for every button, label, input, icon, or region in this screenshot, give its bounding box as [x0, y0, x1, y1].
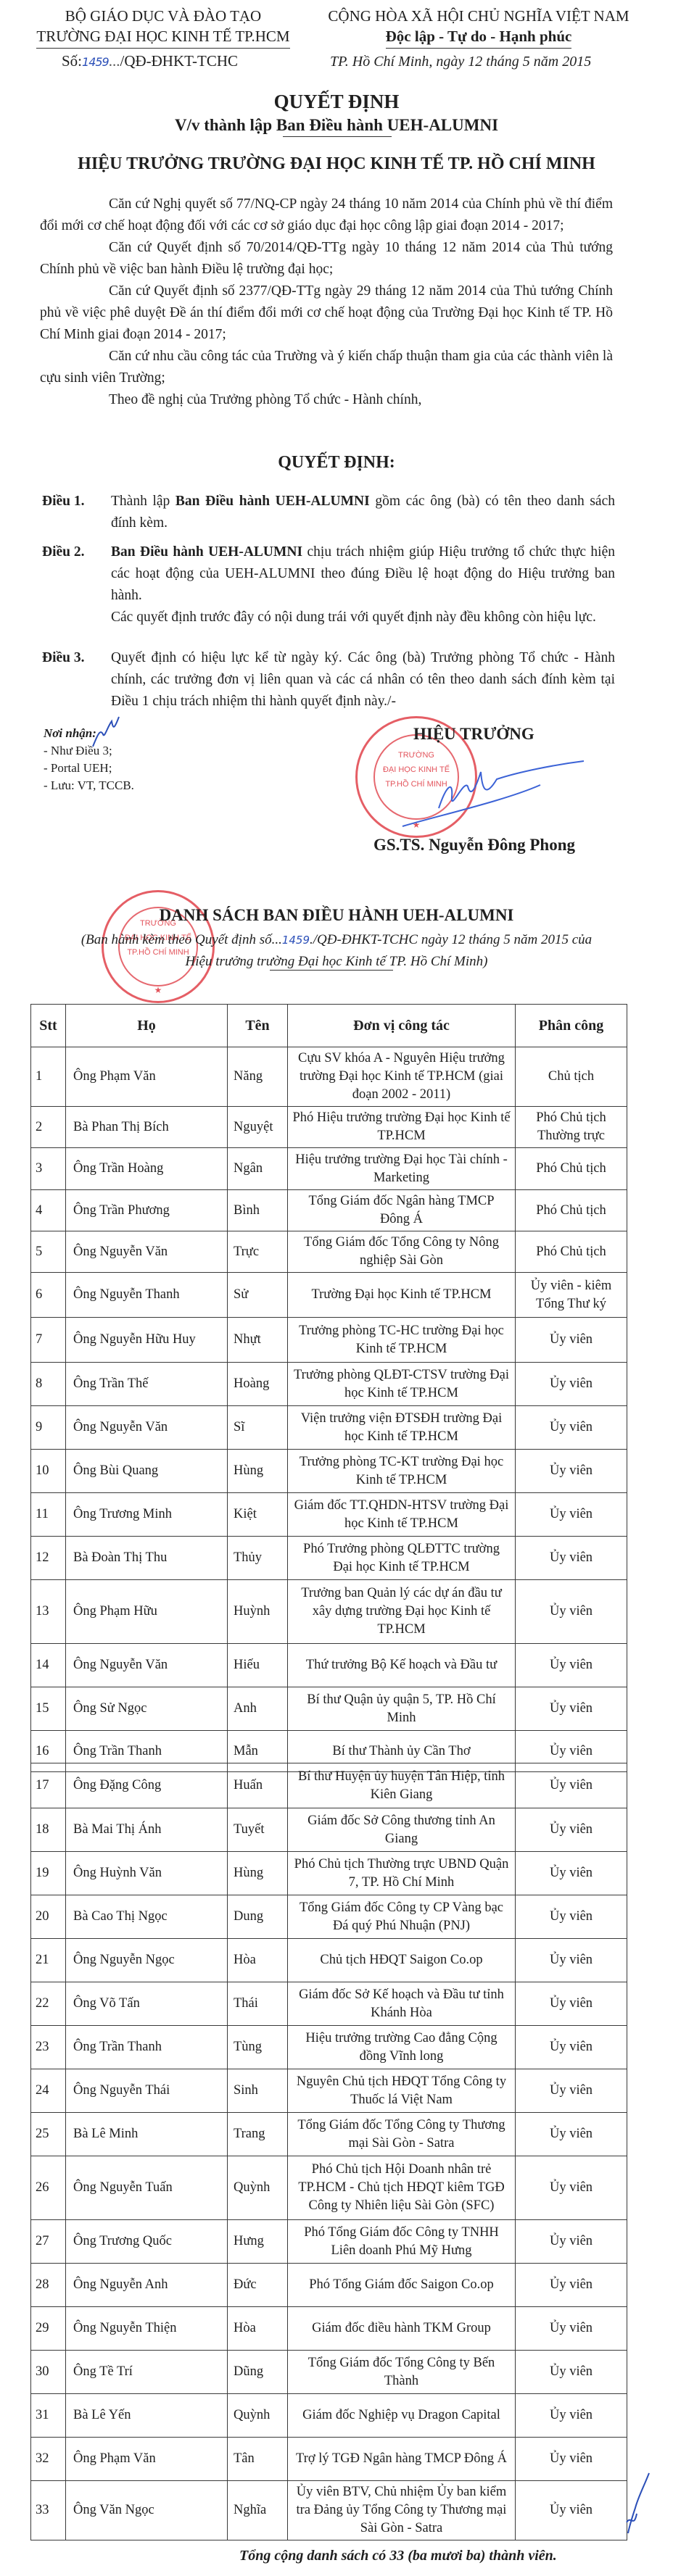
- table-header-row: Stt Họ Tên Đơn vị công tác Phân công: [31, 1005, 627, 1047]
- cell-workplace: Cựu SV khóa A - Nguyên Hiệu trưởng trườn…: [288, 1047, 516, 1107]
- table-row: 19Ông Huỳnh VănHùngPhó Chủ tịch Thường t…: [31, 1852, 627, 1895]
- cell-given-name: Ngân: [228, 1148, 288, 1190]
- handwritten-number: 1459: [282, 934, 310, 947]
- cell-surname: Ông Trần Thế: [66, 1363, 228, 1406]
- cell-surname: Bà Lê Yến: [66, 2394, 228, 2438]
- cell-role: Ủy viên: [516, 1852, 627, 1895]
- table-row: 1Ông Phạm VănNăngCựu SV khóa A - Nguyên …: [31, 1047, 627, 1107]
- cell-stt: 29: [31, 2307, 66, 2351]
- cell-stt: 11: [31, 1493, 66, 1537]
- table-row: 6Ông Nguyễn ThanhSửTrường Đại học Kinh t…: [31, 1273, 627, 1318]
- table-row: 15Ông Sử NgọcAnhBí thư Quận ủy quận 5, T…: [31, 1687, 627, 1731]
- cell-surname: Ông Nguyễn Văn: [66, 1406, 228, 1450]
- cell-role: Ủy viên: [516, 1895, 627, 1939]
- cell-surname: Ông Phạm Văn: [66, 2438, 228, 2481]
- cell-workplace: Phó Trưởng phòng QLĐTTC trường Đại học K…: [288, 1537, 516, 1580]
- cell-given-name: Sĩ: [228, 1406, 288, 1450]
- cell-workplace: Trưởng phòng TC-KT trường Đại học Kinh t…: [288, 1450, 516, 1493]
- cell-given-name: Nguyệt: [228, 1107, 288, 1148]
- cell-given-name: Hòa: [228, 1939, 288, 1982]
- document-number: Số:1459.../QĐ-ĐHKT-TCHC: [62, 52, 238, 70]
- table-row: 24Ông Nguyễn TháiSinhNguyên Chủ tịch HĐQ…: [31, 2069, 627, 2113]
- cell-role: Phó Chủ tịch: [516, 1190, 627, 1231]
- place-date: TP. Hồ Chí Minh, ngày 12 tháng 5 năm 201…: [330, 54, 591, 70]
- cell-given-name: Năng: [228, 1047, 288, 1107]
- cell-role: Ủy viên: [516, 1580, 627, 1644]
- cell-surname: Ông Nguyễn Anh: [66, 2264, 228, 2307]
- cell-workplace: Trưởng phòng QLĐT-CTSV trường Đại học Ki…: [288, 1363, 516, 1406]
- cell-stt: 12: [31, 1537, 66, 1580]
- table-row: 22Ông Võ TấnTháiGiám đốc Sở Kế hoạch và …: [31, 1982, 627, 2026]
- subtitle-text: (Ban hành kèm theo Quyết định số...: [81, 932, 282, 947]
- cell-given-name: Thủy: [228, 1537, 288, 1580]
- article-bold-text: Ban Điều hành UEH-ALUMNI: [111, 544, 302, 560]
- cell-surname: Ông Nguyễn Hữu Huy: [66, 1318, 228, 1363]
- cell-stt: 27: [31, 2220, 66, 2264]
- cell-given-name: Nhựt: [228, 1318, 288, 1363]
- total-members-note: Tổng cộng danh sách có 33 (ba mươi ba) t…: [239, 2548, 557, 2564]
- basis-paragraph: Căn cứ Nghị quyết số 77/NQ-CP ngày 24 th…: [40, 194, 613, 237]
- cell-given-name: Anh: [228, 1687, 288, 1731]
- cell-surname: Bà Mai Thị Ánh: [66, 1808, 228, 1852]
- cell-workplace: Tổng Giám đốc Công ty CP Vàng bạc Đá quý…: [288, 1895, 516, 1939]
- number-suffix: /QĐ-ĐHKT-TCHC: [120, 52, 238, 70]
- cell-role: Ủy viên: [516, 2156, 627, 2220]
- cell-role: Ủy viên: [516, 2264, 627, 2307]
- handwritten-number: 1459: [82, 55, 109, 69]
- cell-given-name: Hiếu: [228, 1644, 288, 1687]
- cell-surname: Ông Nguyễn Văn: [66, 1231, 228, 1273]
- cell-role: Phó Chủ tịch: [516, 1148, 627, 1190]
- article-2: Điều 2. Ban Điều hành UEH-ALUMNI chịu tr…: [42, 541, 615, 628]
- cell-role: Chủ tịch: [516, 1047, 627, 1107]
- table-row: 12Bà Đoàn Thị ThuThủyPhó Trưởng phòng QL…: [31, 1537, 627, 1580]
- cell-given-name: Tân: [228, 2438, 288, 2481]
- cell-given-name: Nghĩa: [228, 2481, 288, 2540]
- article-1: Điều 1. Thành lập Ban Điều hành UEH-ALUM…: [42, 491, 615, 534]
- cell-surname: Ông Trương Minh: [66, 1493, 228, 1537]
- cell-stt: 22: [31, 1982, 66, 2026]
- basis-paragraph: Căn cứ Quyết định số 70/2014/QĐ-TTg ngày…: [40, 237, 613, 281]
- decides-heading: QUYẾT ĐỊNH:: [0, 453, 673, 473]
- cell-surname: Ông Nguyễn Thái: [66, 2069, 228, 2113]
- cell-role: Ủy viên: [516, 2394, 627, 2438]
- cell-role: Ủy viên: [516, 1808, 627, 1852]
- cell-stt: 33: [31, 2481, 66, 2540]
- cell-stt: 7: [31, 1318, 66, 1363]
- table-row: 25Bà Lê MinhTrangTổng Giám đốc Tổng Công…: [31, 2113, 627, 2156]
- country-name: CỘNG HÒA XÃ HỘI CHỦ NGHĨA VIỆT NAM: [308, 6, 649, 26]
- article-text: Thành lập: [111, 494, 176, 509]
- cell-stt: 21: [31, 1939, 66, 1982]
- cell-given-name: Trang: [228, 2113, 288, 2156]
- cell-workplace: Tổng Giám đốc Ngân hàng TMCP Đông Á: [288, 1190, 516, 1231]
- cell-workplace: Bí thư Huyện ủy huyện Tân Hiệp, tỉnh Kiê…: [288, 1763, 516, 1808]
- cell-workplace: Tổng Giám đốc Tổng Công ty Thương mại Sà…: [288, 2113, 516, 2156]
- article-bold-text: Ban Điều hành UEH-ALUMNI: [176, 494, 370, 509]
- table-row: 32Ông Phạm VănTânTrợ lý TGĐ Ngân hàng TM…: [31, 2438, 627, 2481]
- cell-workplace: Trưởng ban Quản lý các dự án đầu tư xây …: [288, 1580, 516, 1644]
- article-text: Quyết định có hiệu lực kể từ ngày ký. Cá…: [111, 647, 615, 712]
- cell-stt: 20: [31, 1895, 66, 1939]
- cell-stt: 26: [31, 2156, 66, 2220]
- cell-surname: Ông Trần Phương: [66, 1190, 228, 1231]
- initials-mark-icon: [87, 714, 123, 750]
- cell-surname: Ông Đặng Công: [66, 1763, 228, 1808]
- cell-workplace: Bí thư Quận ủy quận 5, TP. Hồ Chí Minh: [288, 1687, 516, 1731]
- decision-subject: V/v thành lập Ban Điều hành UEH-ALUMNI: [0, 116, 673, 135]
- signature-icon: [395, 757, 598, 830]
- cell-role: Ủy viên: [516, 2438, 627, 2481]
- table-row: 31Bà Lê YếnQuỳnhGiám đốc Nghiệp vụ Drago…: [31, 2394, 627, 2438]
- column-header-ho: Họ: [66, 1005, 228, 1047]
- cell-workplace: Hiệu trưởng trường Đại học Tài chính - M…: [288, 1148, 516, 1190]
- cell-role: Ủy viên: [516, 1318, 627, 1363]
- cell-given-name: Đức: [228, 2264, 288, 2307]
- table-row: 18Bà Mai Thị ÁnhTuyếtGiám đốc Sở Công th…: [31, 1808, 627, 1852]
- table-row: 20Bà Cao Thị NgọcDungTổng Giám đốc Công …: [31, 1895, 627, 1939]
- table-row: 28Ông Nguyễn AnhĐứcPhó Tổng Giám đốc Sai…: [31, 2264, 627, 2307]
- article-label: Điều 1.: [42, 491, 85, 512]
- cell-role: Ủy viên: [516, 1406, 627, 1450]
- number-prefix: Số:: [62, 52, 82, 70]
- cell-surname: Ông Nguyễn Ngọc: [66, 1939, 228, 1982]
- cell-stt: 1: [31, 1047, 66, 1107]
- members-table-continued: 17Ông Đặng CôngHuấnBí thư Huyện ủy huyện…: [30, 1763, 627, 2540]
- cell-workplace: Tổng Giám đốc Tổng Công ty Bến Thành: [288, 2351, 516, 2394]
- cell-stt: 13: [31, 1580, 66, 1644]
- number-dots: ...: [109, 52, 120, 70]
- table-row: 7Ông Nguyễn Hữu HuyNhựtTrưởng phòng TC-H…: [31, 1318, 627, 1363]
- cell-role: Ủy viên: [516, 2069, 627, 2113]
- cell-surname: Bà Cao Thị Ngọc: [66, 1895, 228, 1939]
- cell-surname: Ông Bùi Quang: [66, 1450, 228, 1493]
- cell-stt: 2: [31, 1107, 66, 1148]
- table-row: 17Ông Đặng CôngHuấnBí thư Huyện ủy huyện…: [31, 1763, 627, 1808]
- cell-surname: Ông Trần Hoàng: [66, 1148, 228, 1190]
- cell-workplace: Giám đốc Nghiệp vụ Dragon Capital: [288, 2394, 516, 2438]
- cell-surname: Ông Nguyễn Thanh: [66, 1273, 228, 1318]
- cell-role: Ủy viên: [516, 1493, 627, 1537]
- cell-surname: Ông Nguyễn Tuấn: [66, 2156, 228, 2220]
- cell-workplace: Giám đốc điều hành TKM Group: [288, 2307, 516, 2351]
- basis-paragraph: Căn cứ nhu cầu công tác của Trường và ý …: [40, 346, 613, 389]
- cell-workplace: Giám đốc Sở Kế hoạch và Đầu tư tỉnh Khán…: [288, 1982, 516, 2026]
- table-row: 10Ông Bùi QuangHùngTrưởng phòng TC-KT tr…: [31, 1450, 627, 1493]
- table-row: 8Ông Trần ThếHoàngTrưởng phòng QLĐT-CTSV…: [31, 1363, 627, 1406]
- table-row: 14Ông Nguyễn VănHiếuThứ trưởng Bộ Kế hoạ…: [31, 1644, 627, 1687]
- cell-workplace: Giám đốc Sở Công thương tỉnh An Giang: [288, 1808, 516, 1852]
- cell-given-name: Kiệt: [228, 1493, 288, 1537]
- cell-surname: Ông Nguyễn Thiện: [66, 2307, 228, 2351]
- table-row: 5Ông Nguyễn VănTrựcTổng Giám đốc Tổng Cô…: [31, 1231, 627, 1273]
- column-header-phan-cong: Phân công: [516, 1005, 627, 1047]
- recipient-item: - Lưu: VT, TCCB.: [44, 777, 134, 794]
- cell-role: Ủy viên: [516, 2481, 627, 2540]
- cell-surname: Ông Huỳnh Văn: [66, 1852, 228, 1895]
- cell-stt: 10: [31, 1450, 66, 1493]
- cell-surname: Ông Võ Tấn: [66, 1982, 228, 2026]
- members-table: Stt Họ Tên Đơn vị công tác Phân công 1Ôn…: [30, 1004, 627, 1772]
- column-header-ten: Tên: [228, 1005, 288, 1047]
- table-row: 13Ông Phạm HữuHuỳnhTrưởng ban Quản lý cá…: [31, 1580, 627, 1644]
- cell-surname: Ông Phạm Hữu: [66, 1580, 228, 1644]
- national-header: CỘNG HÒA XÃ HỘI CHỦ NGHĨA VIỆT NAM Độc l…: [308, 6, 649, 49]
- cell-stt: 6: [31, 1273, 66, 1318]
- cell-role: Ủy viên: [516, 1537, 627, 1580]
- cell-surname: Ông Trần Thanh: [66, 2026, 228, 2069]
- cell-stt: 14: [31, 1644, 66, 1687]
- cell-given-name: Dung: [228, 1895, 288, 1939]
- cell-workplace: Trưởng phòng TC-HC trường Đại học Kinh t…: [288, 1318, 516, 1363]
- table-row: 21Ông Nguyễn NgọcHòaChủ tịch HĐQT Saigon…: [31, 1939, 627, 1982]
- cell-surname: Ông Phạm Văn: [66, 1047, 228, 1107]
- cell-workplace: Chủ tịch HĐQT Saigon Co.op: [288, 1939, 516, 1982]
- cell-surname: Ông Nguyễn Văn: [66, 1644, 228, 1687]
- cell-role: Ủy viên: [516, 1450, 627, 1493]
- article-text: Các quyết định trước đây có nội dung trá…: [111, 607, 615, 628]
- cell-given-name: Hưng: [228, 2220, 288, 2264]
- cell-role: Ủy viên: [516, 1687, 627, 1731]
- cell-given-name: Quỳnh: [228, 2394, 288, 2438]
- article-label: Điều 3.: [42, 647, 85, 669]
- recipient-item: - Portal UEH;: [44, 760, 134, 777]
- cell-given-name: Thái: [228, 1982, 288, 2026]
- cell-workplace: Trường Đại học Kinh tế TP.HCM: [288, 1273, 516, 1318]
- cell-role: Ủy viên: [516, 1763, 627, 1808]
- cell-stt: 5: [31, 1231, 66, 1273]
- national-motto: Độc lập - Tự do - Hạnh phúc: [386, 26, 572, 49]
- cell-given-name: Hùng: [228, 1852, 288, 1895]
- subtitle-text: ./QĐ-ĐHKT-TCHC ngày 12 tháng 5 năm 2015 …: [310, 932, 592, 947]
- cell-surname: Ông Trương Quốc: [66, 2220, 228, 2264]
- column-header-stt: Stt: [31, 1005, 66, 1047]
- cell-workplace: Ủy viên BTV, Chủ nhiệm Ủy ban kiểm tra Đ…: [288, 2481, 516, 2540]
- cell-workplace: Phó Hiệu trưởng trường Đại học Kinh tế T…: [288, 1107, 516, 1148]
- table-row: 4Ông Trần PhươngBìnhTổng Giám đốc Ngân h…: [31, 1190, 627, 1231]
- article-label: Điều 2.: [42, 541, 85, 563]
- cell-stt: 18: [31, 1808, 66, 1852]
- cell-stt: 32: [31, 2438, 66, 2481]
- cell-stt: 8: [31, 1363, 66, 1406]
- signer-title: HIỆU TRƯỞNG: [413, 725, 534, 744]
- table-row: 29Ông Nguyễn ThiệnHòaGiám đốc điều hành …: [31, 2307, 627, 2351]
- cell-stt: 24: [31, 2069, 66, 2113]
- table-row: 3Ông Trần HoàngNgânHiệu trưởng trường Đạ…: [31, 1148, 627, 1190]
- legal-bases: Căn cứ Nghị quyết số 77/NQ-CP ngày 24 th…: [40, 194, 613, 411]
- cell-role: Ủy viên: [516, 1982, 627, 2026]
- issuing-authority: HIỆU TRƯỞNG TRƯỜNG ĐẠI HỌC KINH TẾ TP. H…: [0, 154, 673, 174]
- table-row: 2Bà Phan Thị BíchNguyệtPhó Hiệu trưởng t…: [31, 1107, 627, 1148]
- cell-surname: Bà Lê Minh: [66, 2113, 228, 2156]
- cell-stt: 25: [31, 2113, 66, 2156]
- table-row: 26Ông Nguyễn TuấnQuỳnhPhó Chủ tịch Hội D…: [31, 2156, 627, 2220]
- cell-given-name: Tùng: [228, 2026, 288, 2069]
- cell-given-name: Quỳnh: [228, 2156, 288, 2220]
- issuer-block: BỘ GIÁO DỤC VÀ ĐÀO TẠO TRƯỜNG ĐẠI HỌC KI…: [22, 6, 305, 49]
- list-subtitle: (Ban hành kèm theo Quyết định số...1459.…: [0, 929, 673, 973]
- subject-underline: [283, 136, 392, 137]
- cell-surname: Ông Sử Ngọc: [66, 1687, 228, 1731]
- basis-paragraph: Căn cứ Quyết định số 2377/QĐ-TTg ngày 29…: [40, 281, 613, 346]
- cell-surname: Ông Tề Trí: [66, 2351, 228, 2394]
- cell-surname: Ông Văn Ngọc: [66, 2481, 228, 2540]
- column-header-don-vi: Đơn vị công tác: [288, 1005, 516, 1047]
- cell-role: Ủy viên: [516, 1939, 627, 1982]
- cell-role: Ủy viên: [516, 2307, 627, 2351]
- table-row: 30Ông Tề TríDũngTổng Giám đốc Tổng Công …: [31, 2351, 627, 2394]
- cell-given-name: Huấn: [228, 1763, 288, 1808]
- table-row: 11Ông Trương MinhKiệtGiám đốc TT.QHDN-HT…: [31, 1493, 627, 1537]
- university-name: TRƯỜNG ĐẠI HỌC KINH TẾ TP.HCM: [36, 26, 289, 49]
- cell-stt: 3: [31, 1148, 66, 1190]
- table-row: 23Ông Trần ThanhTùngHiệu trưởng trường C…: [31, 2026, 627, 2069]
- cell-workplace: Phó Chủ tịch Hội Doanh nhân trẻ TP.HCM -…: [288, 2156, 516, 2220]
- cell-stt: 17: [31, 1763, 66, 1808]
- cell-given-name: Tuyết: [228, 1808, 288, 1852]
- cell-role: Ủy viên: [516, 1644, 627, 1687]
- cell-workplace: Trợ lý TGĐ Ngân hàng TMCP Đông Á: [288, 2438, 516, 2481]
- decision-title: QUYẾT ĐỊNH: [0, 91, 673, 113]
- cell-stt: 28: [31, 2264, 66, 2307]
- cell-role: Ủy viên: [516, 2113, 627, 2156]
- cell-stt: 30: [31, 2351, 66, 2394]
- table-row: 9Ông Nguyễn VănSĩViện trưởng viện ĐTSĐH …: [31, 1406, 627, 1450]
- cell-workplace: Phó Tổng Giám đốc Công ty TNHH Liên doan…: [288, 2220, 516, 2264]
- cell-stt: 15: [31, 1687, 66, 1731]
- cell-stt: 9: [31, 1406, 66, 1450]
- cell-role: Phó Chủ tịch Thường trực: [516, 1107, 627, 1148]
- cell-workplace: Phó Tổng Giám đốc Saigon Co.op: [288, 2264, 516, 2307]
- cell-given-name: Hùng: [228, 1450, 288, 1493]
- cell-surname: Bà Phan Thị Bích: [66, 1107, 228, 1148]
- cell-given-name: Trực: [228, 1231, 288, 1273]
- cell-workplace: Hiệu trưởng trường Cao đẳng Cộng đồng Vĩ…: [288, 2026, 516, 2069]
- cell-workplace: Phó Chủ tịch Thường trực UBND Quận 7, TP…: [288, 1852, 516, 1895]
- cell-role: Ủy viên: [516, 2220, 627, 2264]
- cell-stt: 23: [31, 2026, 66, 2069]
- subtitle-underline: [270, 970, 393, 971]
- cell-role: Ủy viên: [516, 1363, 627, 1406]
- cell-given-name: Dũng: [228, 2351, 288, 2394]
- cell-workplace: Viện trưởng viện ĐTSĐH trường Đại học Ki…: [288, 1406, 516, 1450]
- cell-given-name: Sử: [228, 1273, 288, 1318]
- article-3: Điều 3. Quyết định có hiệu lực kể từ ngà…: [42, 647, 615, 712]
- cell-given-name: Hòa: [228, 2307, 288, 2351]
- cell-given-name: Sinh: [228, 2069, 288, 2113]
- cell-workplace: Tổng Giám đốc Tổng Công ty Nông nghiệp S…: [288, 1231, 516, 1273]
- initials-mark-icon: [624, 2472, 653, 2537]
- cell-role: Ủy viên: [516, 2026, 627, 2069]
- cell-stt: 31: [31, 2394, 66, 2438]
- signer-name: GS.TS. Nguyễn Đông Phong: [373, 836, 575, 855]
- cell-given-name: Huỳnh: [228, 1580, 288, 1644]
- table-row: 33Ông Văn NgọcNghĩaỦy viên BTV, Chủ nhiệ…: [31, 2481, 627, 2540]
- cell-role: Ủy viên: [516, 2351, 627, 2394]
- cell-workplace: Nguyên Chủ tịch HĐQT Tổng Công ty Thuốc …: [288, 2069, 516, 2113]
- cell-role: Phó Chủ tịch: [516, 1231, 627, 1273]
- cell-stt: 4: [31, 1190, 66, 1231]
- cell-given-name: Hoàng: [228, 1363, 288, 1406]
- cell-given-name: Bình: [228, 1190, 288, 1231]
- cell-role: Ủy viên - kiêm Tổng Thư ký: [516, 1273, 627, 1318]
- cell-workplace: Giám đốc TT.QHDN-HTSV trường Đại học Kin…: [288, 1493, 516, 1537]
- cell-stt: 19: [31, 1852, 66, 1895]
- basis-paragraph: Theo đề nghị của Trưởng phòng Tổ chức - …: [40, 389, 613, 411]
- table-row: 27Ông Trương QuốcHưngPhó Tổng Giám đốc C…: [31, 2220, 627, 2264]
- cell-surname: Bà Đoàn Thị Thu: [66, 1537, 228, 1580]
- ministry-name: BỘ GIÁO DỤC VÀ ĐÀO TẠO: [22, 6, 305, 26]
- cell-workplace: Thứ trưởng Bộ Kế hoạch và Đầu tư: [288, 1644, 516, 1687]
- list-title: DANH SÁCH BAN ĐIỀU HÀNH UEH-ALUMNI: [0, 906, 673, 925]
